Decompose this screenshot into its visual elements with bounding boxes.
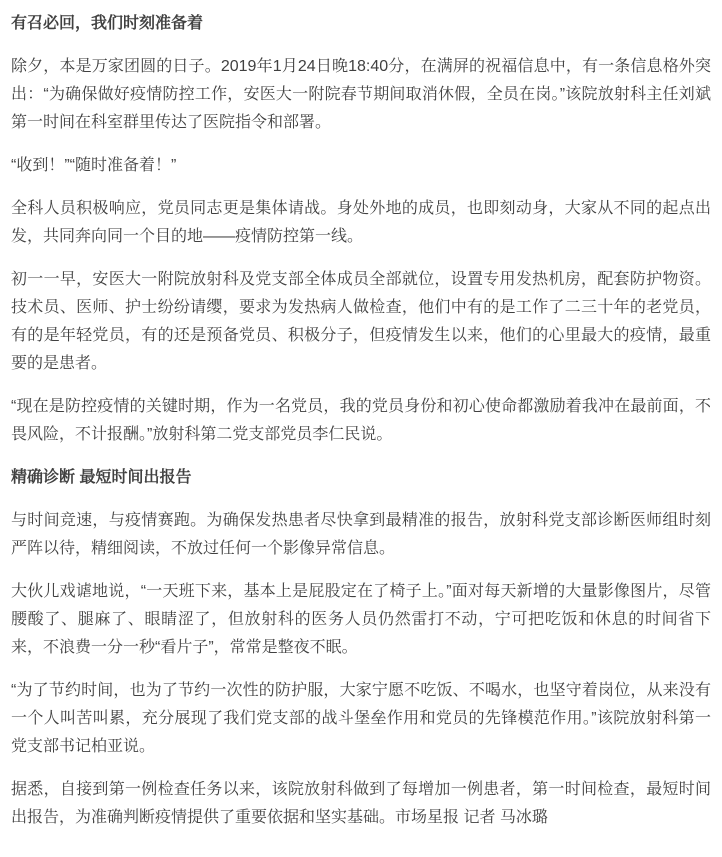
- paragraph-day-one-mobilization: 初一一早，安医大一附院放射科及党支部全体成员全部就位，设置专用发热机房，配套防护…: [11, 266, 711, 378]
- paragraph-reading-images: 大伙儿戏谑地说，“一天班下来，基本上是屁股定在了椅子上。”面对每天新增的大量影像…: [11, 578, 711, 662]
- article-heading-2: 精确诊断 最短时间出报告: [11, 464, 711, 492]
- article-heading-1: 有召必回，我们时刻准备着: [11, 10, 711, 38]
- paragraph-closing-byline: 据悉，自接到第一例检查任务以来，该院放射科做到了每增加一例患者，第一时间检查，最…: [11, 776, 711, 832]
- paragraph-replies: “收到！”“随时准备着！”: [11, 152, 711, 180]
- article-body: 有召必回，我们时刻准备着 除夕，本是万家团圆的日子。2019年1月24日晚18:…: [11, 10, 711, 832]
- article-page: 有召必回，我们时刻准备着 除夕，本是万家团圆的日子。2019年1月24日晚18:…: [0, 0, 722, 857]
- paragraph-new-year-message: 除夕，本是万家团圆的日子。2019年1月24日晚18:40分，在满屏的祝福信息中…: [11, 53, 711, 137]
- paragraph-bai-ya-quote: “为了节约时间，也为了节约一次性的防护服，大家宁愿不吃饭、不喝水，也坚守着岗位，…: [11, 677, 711, 761]
- paragraph-race-against-time: 与时间竞速，与疫情赛跑。为确保发热患者尽快拿到最精准的报告，放射科党支部诊断医师…: [11, 507, 711, 563]
- paragraph-collective-response: 全科人员积极响应，党员同志更是集体请战。身处外地的成员，也即刻动身，大家从不同的…: [11, 195, 711, 251]
- paragraph-li-renmin-quote: “现在是防控疫情的关键时期，作为一名党员，我的党员身份和初心使命都激励着我冲在最…: [11, 393, 711, 449]
